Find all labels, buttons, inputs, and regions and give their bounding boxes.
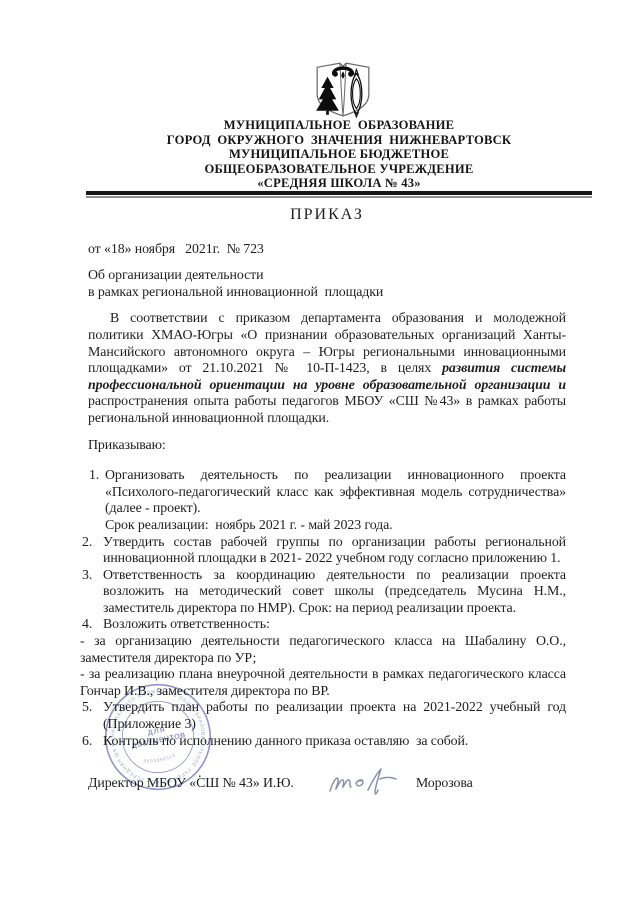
date-and-number-line: от «18» ноября 2021г. № 723: [88, 242, 566, 259]
order-item-1: 1. Организовать деятельность по реализац…: [89, 468, 566, 534]
document-title: ПРИКАЗ: [88, 207, 566, 224]
preamble-paragraph: В соответствии с приказом департамента о…: [88, 311, 566, 427]
coat-of-arms-icon: [312, 59, 374, 119]
order-item-2: 2. Утвердить состав рабочей группы по ор…: [82, 535, 566, 568]
item-marker: 6.: [82, 734, 103, 751]
item-text: Утвердить план работы по реализации прое…: [103, 700, 566, 733]
subject-block: Об организации деятельности в рамках рег…: [88, 268, 566, 301]
order-item-6: 6. Контроль по исполнению данного приказ…: [82, 734, 566, 751]
order-word: Приказываю:: [88, 438, 566, 455]
order-subitem-dash-1: - за организацию деятельности педагогиче…: [80, 634, 566, 667]
item-marker: 1.: [89, 468, 105, 534]
header-divider-rule: [86, 191, 592, 198]
item-marker: 5.: [82, 700, 103, 733]
org-line: ОБЩЕОБРАЗОВАТЕЛЬНОЕ УЧРЕЖДЕНИЕ: [86, 162, 592, 177]
item-marker: 2.: [82, 535, 103, 568]
item-text-line: Организовать деятельность по реализации …: [105, 468, 566, 518]
signature-row: Директор МБОУ «СШ № 43» И.Ю. Морозова: [88, 776, 566, 808]
item-marker: 4.: [82, 617, 103, 634]
org-line: «СРЕДНЯЯ ШКОЛА № 43»: [86, 176, 592, 191]
signature-scribble-svg: [326, 766, 400, 802]
order-item-5: 5. Утвердить план работы по реализации п…: [82, 700, 566, 733]
order-item-3: 3. Ответственность за координацию деятел…: [82, 568, 566, 618]
item-text: Контроль по исполнению данного приказа о…: [103, 734, 566, 751]
item-text: Организовать деятельность по реализации …: [105, 468, 566, 534]
handwritten-signature: [326, 766, 400, 808]
order-items-list: 1. Организовать деятельность по реализац…: [82, 468, 566, 750]
subject-line: в рамках региональной инновационной площ…: [88, 285, 566, 302]
scanned-order-document: МУНИЦИПАЛЬНОЕ ОБРАЗОВАНИЕ ГОРОД ОКРУЖНОГ…: [0, 0, 636, 899]
org-line: ГОРОД ОКРУЖНОГО ЗНАЧЕНИЯ НИЖНЕВАРТОВСК: [86, 133, 592, 148]
subject-line: Об организации деятельности: [88, 268, 566, 285]
org-line: МУНИЦИПАЛЬНОЕ БЮДЖЕТНОЕ: [86, 147, 592, 162]
org-line: МУНИЦИПАЛЬНОЕ ОБРАЗОВАНИЕ: [86, 118, 592, 133]
coat-of-arms-svg: [312, 59, 374, 119]
org-header: МУНИЦИПАЛЬНОЕ ОБРАЗОВАНИЕ ГОРОД ОКРУЖНОГ…: [86, 118, 592, 191]
document-body: ПРИКАЗ от «18» ноября 2021г. № 723 Об ор…: [88, 204, 566, 808]
item-text: Утвердить состав рабочей группы по орган…: [103, 535, 566, 568]
item-marker: 3.: [82, 568, 103, 618]
signer-surname: Морозова: [416, 776, 473, 793]
order-item-4: 4. Возложить ответственность:: [82, 617, 566, 634]
item-text: Ответственность за координацию деятельно…: [103, 568, 566, 618]
item-text: Возложить ответственность:: [103, 617, 566, 634]
preamble-part2: распространения опыта работы педагогов М…: [88, 394, 566, 426]
signer-position: Директор МБОУ «СШ № 43» И.Ю.: [88, 776, 294, 793]
order-subitem-dash-2: - за реализацию плана внеурочной деятель…: [80, 667, 566, 700]
item-text-line: Срок реализации: ноябрь 2021 г. - май 20…: [105, 518, 566, 535]
stray-period-mark: .: [198, 766, 202, 782]
